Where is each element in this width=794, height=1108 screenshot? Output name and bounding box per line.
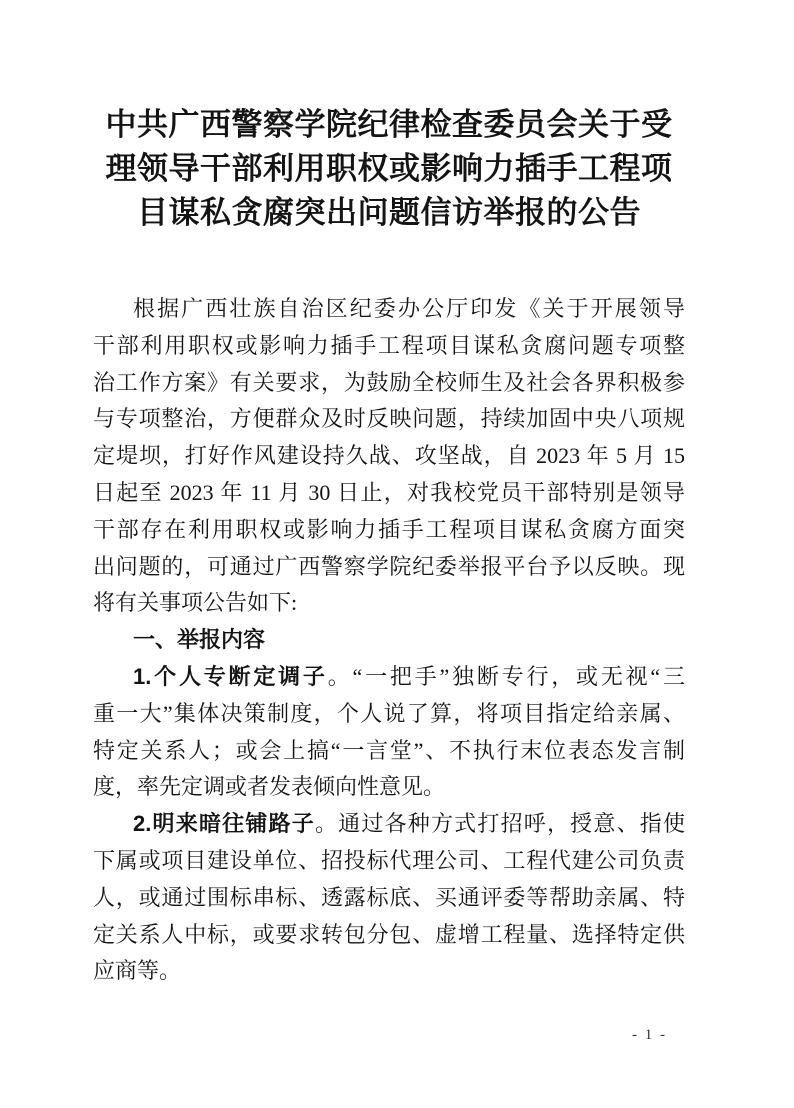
title-line-1: 中共广西警察学院纪律检查委员会关于受	[93, 103, 685, 147]
intro-line-8: 出问题的，可通过广西警察学院纪委举报平台予以反映。现	[93, 549, 685, 586]
intro-line-9: 将有关事项公告如下:	[93, 585, 685, 622]
item2-lead-rest: 。通过各种方式打招呼，授意、指使	[315, 811, 685, 836]
item1-lead-rest: 。“一把手”独断专行，或无视“三	[328, 664, 685, 689]
document-body: 根据广西壮族自治区纪委办公厅印发《关于开展领导 干部利用职权或影响力插手工程项目…	[93, 291, 685, 990]
page-number: - 1 -	[632, 1026, 667, 1044]
item2-lead: 2.明来暗往铺路子	[133, 811, 315, 836]
title-line-2: 理领导干部利用职权或影响力插手工程项	[93, 147, 685, 191]
intro-line-1: 根据广西壮族自治区纪委办公厅印发《关于开展领导	[93, 291, 685, 328]
intro-line-5: 定堤坝，打好作风建设持久战、攻坚战，自 2023 年 5 月 15	[93, 438, 685, 475]
intro-line-7: 干部存在利用职权或影响力插手工程项目谋私贪腐方面突	[93, 512, 685, 549]
document-content: 中共广西警察学院纪律检查委员会关于受 理领导干部利用职权或影响力插手工程项 目谋…	[0, 0, 794, 990]
title-line-3: 目谋私贪腐突出问题信访举报的公告	[93, 191, 685, 235]
document-page: 中共广西警察学院纪律检查委员会关于受 理领导干部利用职权或影响力插手工程项 目谋…	[0, 0, 794, 1108]
item1-line-2: 重一大”集体决策制度，个人说了算，将项目指定给亲属、	[93, 696, 685, 733]
item2-line-3: 人，或通过围标串标、透露标底、买通评委等帮助亲属、特	[93, 880, 685, 917]
item2-line-1: 2.明来暗往铺路子。通过各种方式打招呼，授意、指使	[93, 806, 685, 843]
item1-line-1: 1.个人专断定调子。“一把手”独断专行，或无视“三	[93, 659, 685, 696]
item2-line-5: 应商等。	[93, 953, 685, 990]
intro-line-6: 日起至 2023 年 11 月 30 日止，对我校党员干部特别是领导	[93, 475, 685, 512]
item2-line-4: 定关系人中标，或要求转包分包、虚增工程量、选择特定供	[93, 917, 685, 954]
section-heading: 一、举报内容	[93, 622, 685, 659]
intro-line-2: 干部利用职权或影响力插手工程项目谋私贪腐问题专项整	[93, 328, 685, 365]
document-title: 中共广西警察学院纪律检查委员会关于受 理领导干部利用职权或影响力插手工程项 目谋…	[93, 0, 685, 235]
intro-line-3: 治工作方案》有关要求，为鼓励全校师生及社会各界积极参	[93, 365, 685, 402]
intro-line-4: 与专项整治，方便群众及时反映问题，持续加固中央八项规	[93, 401, 685, 438]
item1-lead: 1.个人专断定调子	[133, 664, 328, 689]
item1-line-3: 特定关系人；或会上搞“一言堂”、不执行末位表态发言制	[93, 733, 685, 770]
item1-line-4: 度，率先定调或者发表倾向性意见。	[93, 769, 685, 806]
item2-line-2: 下属或项目建设单位、招投标代理公司、工程代建公司负责	[93, 843, 685, 880]
